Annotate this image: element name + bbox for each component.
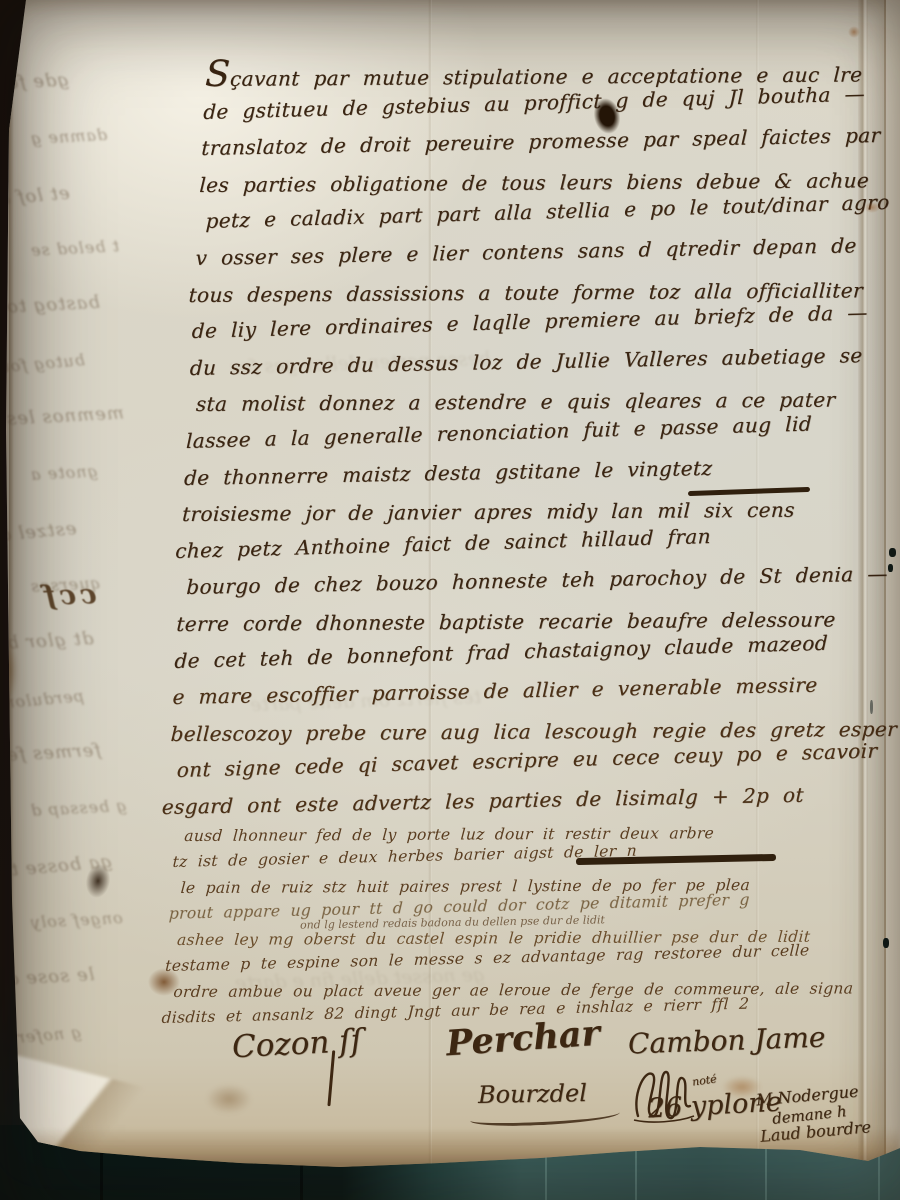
stain: [722, 1076, 762, 1098]
paper-nick: [888, 564, 893, 572]
signature-note: noté: [691, 1072, 717, 1088]
stain: [206, 1084, 252, 1114]
rust-stain: [148, 968, 180, 996]
signature-flourish: [470, 1105, 621, 1127]
paper-nick: [889, 548, 896, 557]
manuscript-photo: gde fo damne g et lof a t belod se basto…: [0, 0, 900, 1200]
signature-cozon: Cozon ſſ: [231, 1023, 363, 1066]
paper-nick: [870, 700, 873, 714]
margin-mark: ccf: [39, 579, 97, 612]
manuscript-page: gde fo damne g et lof a t belod se basto…: [0, 0, 900, 1200]
foxing-spot: [864, 202, 880, 213]
bleedthrough-line: gde fo: [5, 44, 223, 111]
signature-bourzdel: Bourzdel: [478, 1079, 587, 1109]
manuscript-text-upper: Sçavant par mutue stipulatione e accepta…: [166, 57, 900, 825]
foxing-spot: [848, 26, 860, 38]
paper-nick: [883, 938, 889, 948]
signature-cambon: Cambon Jame: [627, 1021, 825, 1061]
